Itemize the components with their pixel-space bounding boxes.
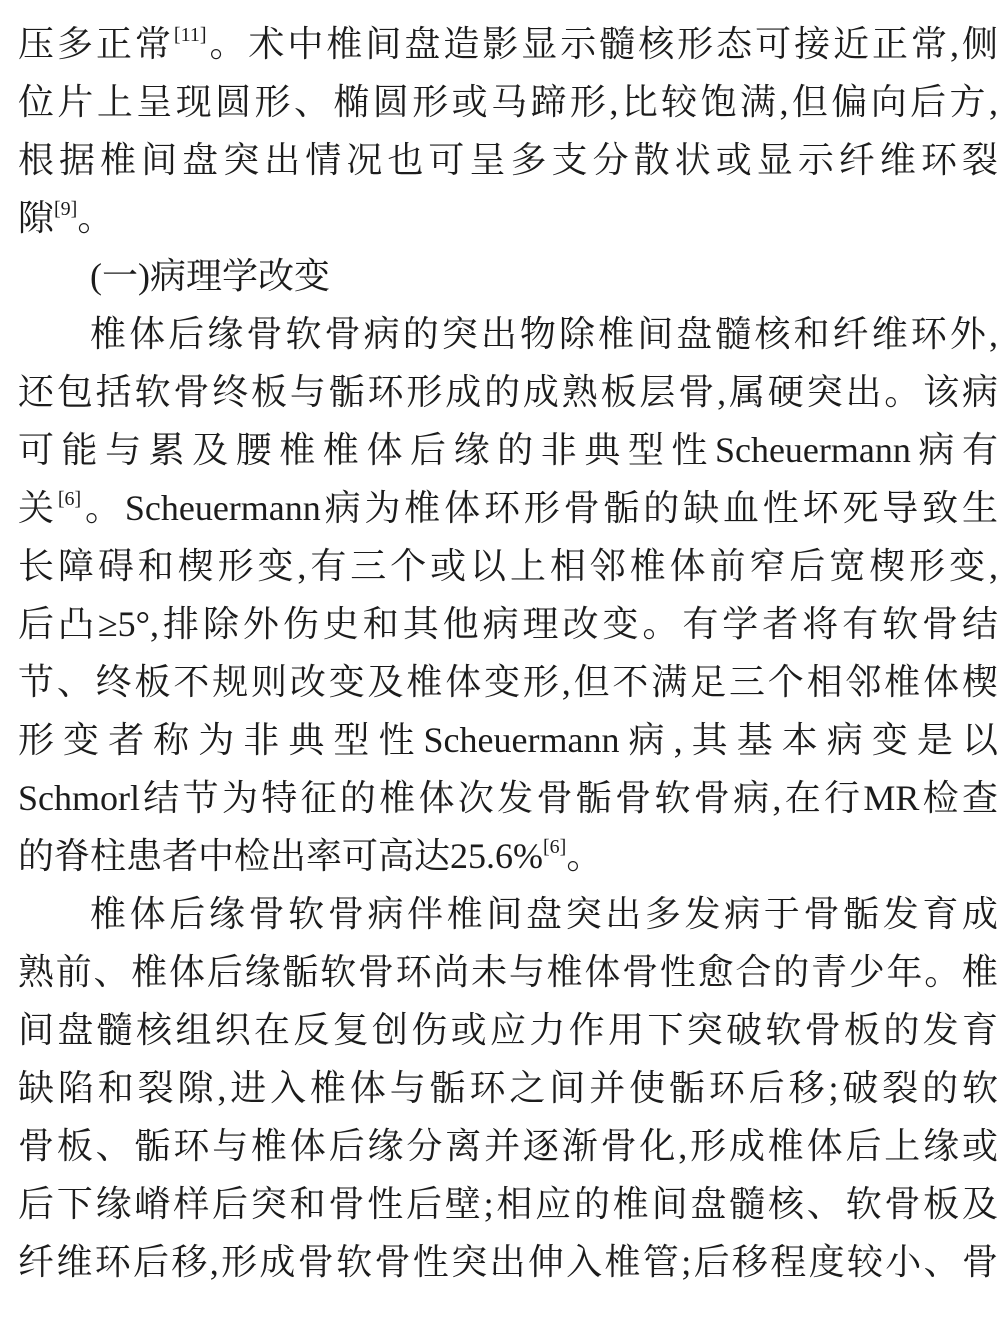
text-run: 。 [77, 198, 113, 238]
text-run: 骨板、骺环与椎体后缘分离并逐渐骨化,形成椎体后上缘或 [18, 1126, 998, 1166]
text-line: 缺陷和裂隙,进入椎体与骺环之间并使骺环后移;破裂的软 [18, 1059, 998, 1117]
section-heading: (一)病理学改变 [18, 247, 998, 305]
text-line: 压多正常[11]。术中椎间盘造影显示髓核形态可接近正常,侧 [18, 15, 998, 73]
text-line: 根据椎间盘突出情况也可呈多支分散状或显示纤维环裂 [18, 131, 998, 189]
text-line: 长障碍和楔形变,有三个或以上相邻椎体前窄后宽楔形变, [18, 537, 998, 595]
text-run: 隙 [18, 198, 54, 238]
text-run: 椎体后缘骨软骨病的突出物除椎间盘髓核和纤维环外, [90, 314, 998, 354]
text-run: 熟前、椎体后缘骺软骨环尚未与椎体骨性愈合的青少年。椎 [18, 952, 998, 992]
text-line: 椎体后缘骨软骨病的突出物除椎间盘髓核和纤维环外, [18, 305, 998, 363]
text-line: 熟前、椎体后缘骺软骨环尚未与椎体骨性愈合的青少年。椎 [18, 943, 998, 1001]
text-line: 椎体后缘骨软骨病伴椎间盘突出多发病于骨骺发育成 [18, 885, 998, 943]
text-line: 纤维环后移,形成骨软骨性突出伸入椎管;后移程度较小、骨 [18, 1233, 998, 1291]
text-run: 位片上呈现圆形、椭圆形或马蹄形,比较饱满,但偏向后方, [18, 82, 998, 122]
text-line: 的脊柱患者中检出率可高达25.6%[6]。 [18, 827, 998, 885]
text-run: 根据椎间盘突出情况也可呈多支分散状或显示纤维环裂 [18, 140, 998, 180]
text-run: 长障碍和楔形变,有三个或以上相邻椎体前窄后宽楔形变, [18, 546, 998, 586]
text-line: Schmorl结节为特征的椎体次发骨骺骨软骨病,在行MR检查 [18, 769, 998, 827]
text-run: 还包括软骨终板与骺环形成的成熟板层骨,属硬突出。该病 [18, 372, 998, 412]
text-run: 椎体后缘骨软骨病伴椎间盘突出多发病于骨骺发育成 [90, 894, 998, 934]
text-run: 。 [566, 836, 602, 876]
text-line: 骨板、骺环与椎体后缘分离并逐渐骨化,形成椎体后上缘或 [18, 1117, 998, 1175]
text-line: 后凸≥5°,排除外伤史和其他病理改变。有学者将有软骨结 [18, 595, 998, 653]
text-line: 还包括软骨终板与骺环形成的成熟板层骨,属硬突出。该病 [18, 363, 998, 421]
text-run: 缺陷和裂隙,进入椎体与骺环之间并使骺环后移;破裂的软 [18, 1068, 998, 1108]
text-line: 节、终板不规则改变及椎体变形,但不满足三个相邻椎体楔 [18, 653, 998, 711]
text-line: 后下缘嵴样后突和骨性后壁;相应的椎间盘髓核、软骨板及 [18, 1175, 998, 1233]
body-text: 压多正常[11]。术中椎间盘造影显示髓核形态可接近正常,侧位片上呈现圆形、椭圆形… [18, 15, 998, 1291]
text-run: 压多正常 [18, 24, 174, 64]
text-line: 隙[9]。 [18, 189, 998, 247]
text-run: 可能与累及腰椎椎体后缘的非典型性Scheuermann病有 [18, 430, 998, 470]
text-run: 。Scheuermann病为椎体环形骨骺的缺血性坏死导致生 [81, 488, 998, 528]
text-run: 形变者称为非典型性Scheuermann病,其基本病变是以 [18, 720, 998, 760]
text-line: 间盘髓核组织在反复创伤或应力作用下突破软骨板的发育 [18, 1001, 998, 1059]
text-line: 位片上呈现圆形、椭圆形或马蹄形,比较饱满,但偏向后方, [18, 73, 998, 131]
text-run: 节、终板不规则改变及椎体变形,但不满足三个相邻椎体楔 [18, 662, 998, 702]
text-run: 纤维环后移,形成骨软骨性突出伸入椎管;后移程度较小、骨 [18, 1242, 998, 1282]
document-page: 压多正常[11]。术中椎间盘造影显示髓核形态可接近正常,侧位片上呈现圆形、椭圆形… [0, 0, 1003, 1329]
text-run: Schmorl结节为特征的椎体次发骨骺骨软骨病,在行MR检查 [18, 778, 998, 818]
text-run: 间盘髓核组织在反复创伤或应力作用下突破软骨板的发育 [18, 1010, 998, 1050]
text-run: 的脊柱患者中检出率可高达25.6% [18, 836, 543, 876]
text-line: 形变者称为非典型性Scheuermann病,其基本病变是以 [18, 711, 998, 769]
text-run: 关 [18, 488, 58, 528]
text-run: 。术中椎间盘造影显示髓核形态可接近正常,侧 [206, 24, 998, 64]
text-run: (一)病理学改变 [90, 256, 330, 296]
text-line: 可能与累及腰椎椎体后缘的非典型性Scheuermann病有 [18, 421, 998, 479]
text-line: 关[6]。Scheuermann病为椎体环形骨骺的缺血性坏死导致生 [18, 479, 998, 537]
text-run: 后下缘嵴样后突和骨性后壁;相应的椎间盘髓核、软骨板及 [18, 1184, 998, 1224]
text-run: 后凸≥5°,排除外伤史和其他病理改变。有学者将有软骨结 [18, 604, 998, 644]
